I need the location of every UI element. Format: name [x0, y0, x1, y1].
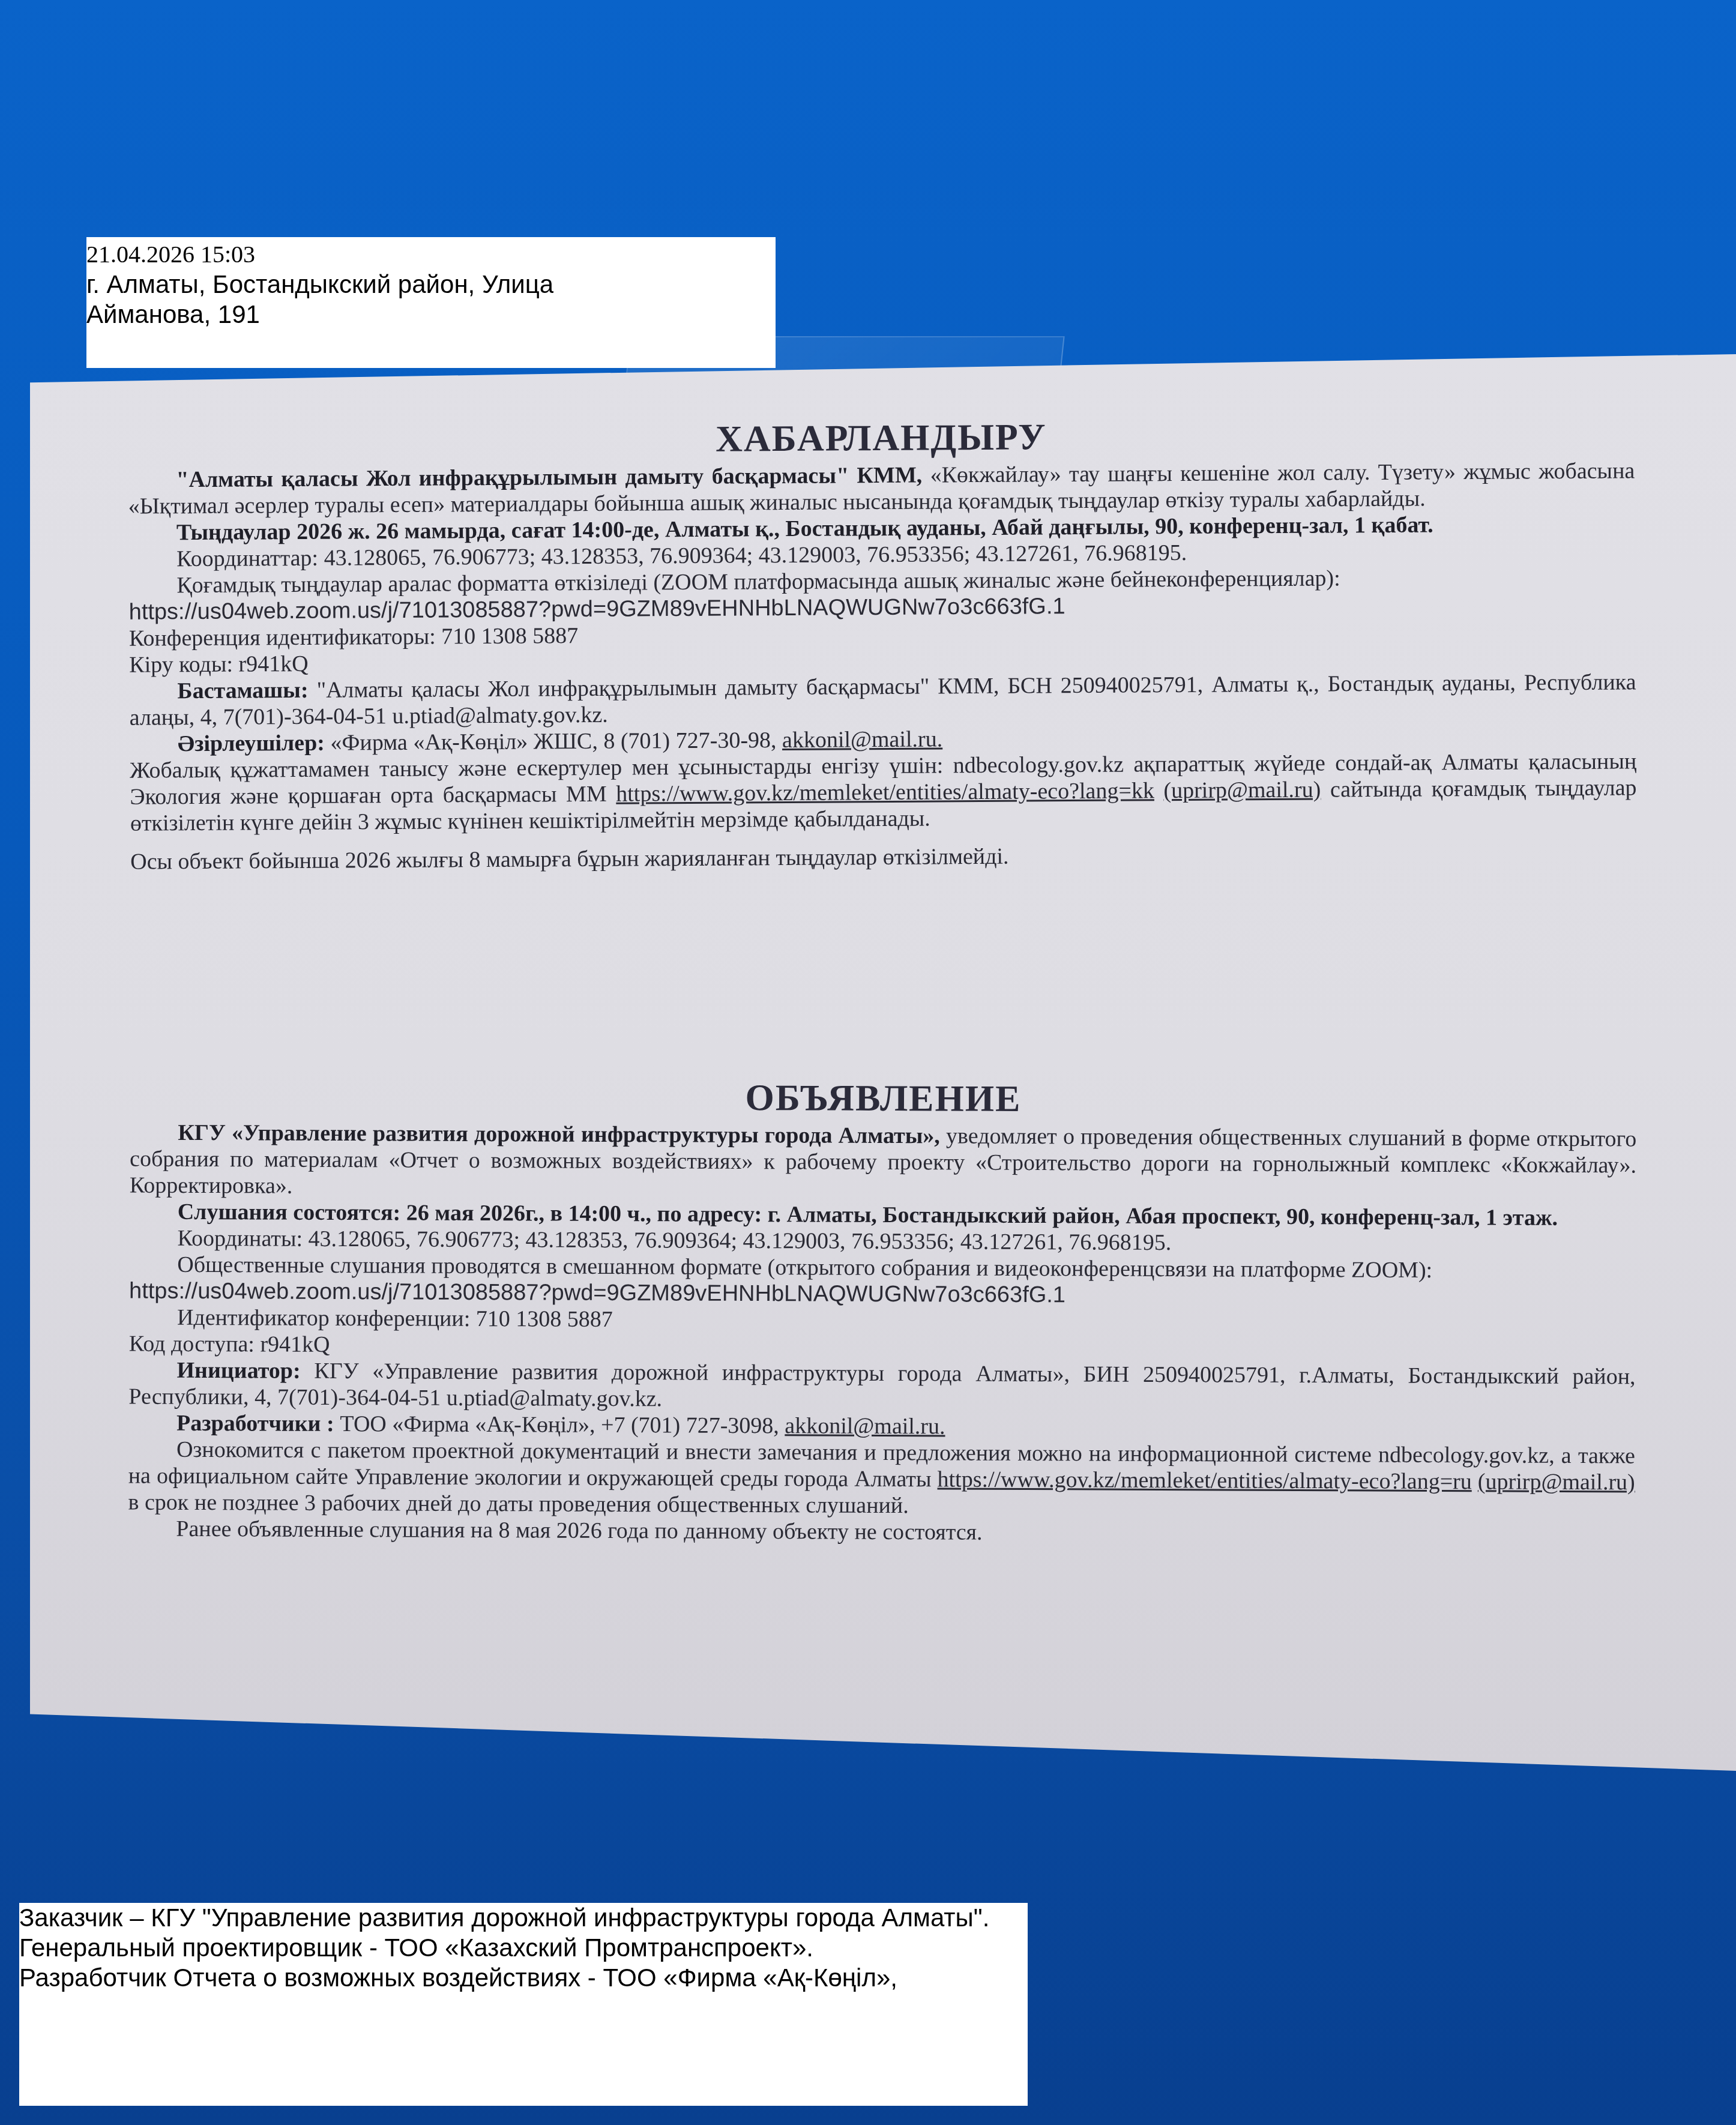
russian-review-email[interactable]: (uprirp@mail.ru)	[1478, 1469, 1635, 1495]
russian-initiator: Инициатор: КГУ «Управление развития доро…	[128, 1357, 1635, 1417]
kazakh-review-link[interactable]: https://www.gov.kz/memleket/entities/alm…	[616, 778, 1154, 806]
russian-developers-text: ТОО «Фирма «Ақ-Көңіл», +7 (701) 727-3098…	[340, 1411, 779, 1438]
russian-review-deadline: в срок не позднее 3 рабочих дней до даты…	[128, 1490, 908, 1519]
russian-developers-label: Разработчики :	[176, 1411, 334, 1436]
kazakh-developers-email[interactable]: akkonil@mail.ru.	[782, 726, 942, 753]
kazakh-initiator: Бастамашы: "Алматы қаласы Жол инфрақұрыл…	[129, 669, 1636, 731]
russian-intro-org: КГУ «Управление развития дорожной инфрас…	[178, 1120, 940, 1149]
kazakh-developers-label: Әзірлеушілер:	[178, 731, 325, 756]
kazakh-intro: "Алматы қаласы Жол инфрақұрылымын дамыту…	[128, 457, 1635, 519]
russian-review-info: Ознокомится с пакетом проектной документ…	[128, 1436, 1635, 1522]
russian-initiator-label: Инициатор:	[176, 1358, 300, 1384]
russian-initiator-text: КГУ «Управление развития дорожной инфрас…	[128, 1358, 1635, 1412]
russian-review-link[interactable]: https://www.gov.kz/memleket/entities/alm…	[937, 1466, 1471, 1494]
kazakh-initiator-label: Бастамашы:	[177, 678, 308, 704]
caption-report-developer: Разработчик Отчета о возможных воздейств…	[19, 1963, 1028, 1993]
photo-address-line2: Айманова, 191	[86, 300, 776, 330]
kazakh-notice: ХАБАРЛАНДЫРУ "Алматы қаласы Жол инфрақұр…	[128, 409, 1638, 875]
photo-address-line1: г. Алматы, Бостандыкский район, Улица	[86, 270, 776, 300]
photo-timestamp-stamp: 21.04.2026 15:03 г. Алматы, Бостандыкски…	[86, 237, 776, 368]
russian-title: ОБЪЯВЛЕНИЕ	[130, 1072, 1636, 1126]
kazakh-review-email[interactable]: (uprirp@mail.ru)	[1163, 777, 1321, 804]
project-caption: Заказчик – КГУ "Управление развития доро…	[19, 1903, 1028, 2106]
photo-datetime: 21.04.2026 15:03	[86, 237, 776, 270]
russian-notice: ОБЪЯВЛЕНИЕ КГУ «Управление развития доро…	[128, 1072, 1636, 1549]
kazakh-review-info: Жобалық құжаттамамен танысу және ескерту…	[130, 748, 1637, 836]
caption-general-designer: Генеральный проектировщик - ТОО «Казахск…	[19, 1933, 1028, 1963]
russian-developers-email[interactable]: akkonil@mail.ru.	[785, 1413, 945, 1439]
russian-intro: КГУ «Управление развития дорожной инфрас…	[130, 1120, 1637, 1205]
caption-customer: Заказчик – КГУ "Управление развития доро…	[19, 1903, 1028, 1933]
kazakh-intro-org: "Алматы қаласы Жол инфрақұрылымын дамыту…	[176, 463, 922, 493]
kazakh-title: ХАБАРЛАНДЫРУ	[128, 409, 1635, 466]
kazakh-initiator-text: "Алматы қаласы Жол инфрақұрылымын дамыту…	[130, 669, 1636, 730]
kazakh-developers-text: «Фирма «Ақ-Көңіл» ЖШС, 8 (701) 727-30-98…	[330, 728, 776, 756]
